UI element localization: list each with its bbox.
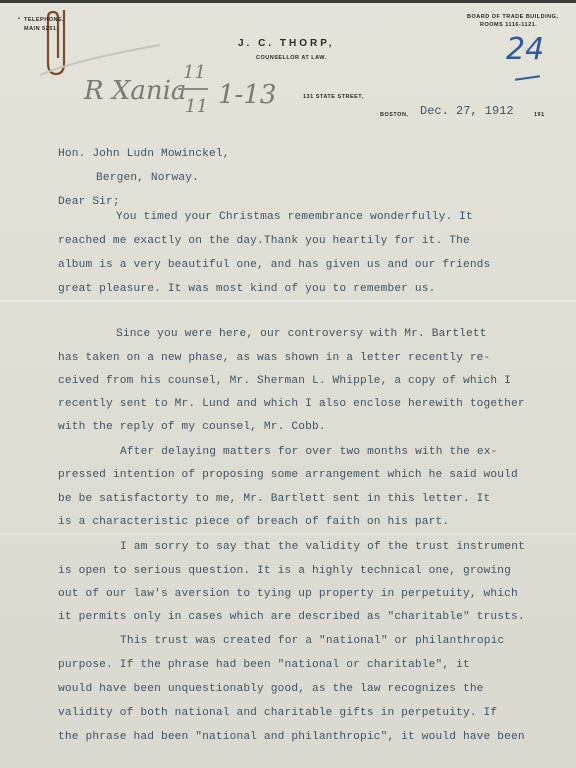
page-number-underline [515,75,540,80]
fold-crease [0,300,576,302]
rooms-number: ROOMS 1116-1121. [480,22,537,28]
handwritten-range: 1-13 [218,80,276,110]
body-line: purpose. If the phrase had been "nationa… [58,659,470,671]
body-line: out of our law's aversion to tying up pr… [58,588,518,600]
salutation: Dear Sir; [58,196,120,208]
body-line: great pleasure. It was most kind of you … [58,283,436,295]
telephone-number: MAIN 5251. [24,26,58,32]
body-line: the phrase had been "national and philan… [58,731,525,743]
building-address: BOARD OF TRADE BUILDING, [467,14,558,20]
city-label: BOSTON, [380,112,408,118]
body-line: This trust was created for a "national" … [120,635,504,647]
recipient-location: Bergen, Norway. [96,172,199,184]
body-line: I am sorry to say that the validity of t… [120,541,525,553]
body-line: is a characteristic piece of breach of f… [58,516,449,528]
body-line: it permits only in cases which are descr… [58,611,525,623]
telephone-label: TELEPHONE, [24,17,64,23]
body-line: has taken on a new phase, as was shown i… [58,352,490,364]
handwritten-reference: R Xania [84,76,186,106]
body-line: be be satisfactorty to me, Mr. Bartlett … [58,493,490,505]
body-line: pressed intention of proposing some arra… [58,469,518,481]
page-top-edge [0,0,576,3]
fold-crease [0,533,576,535]
body-line: Since you were here, our controversy wit… [116,328,487,340]
letter-page: • TELEPHONE, MAIN 5251. J. C. THORP, COU… [0,0,576,768]
body-line: album is a very beautiful one, and has g… [58,259,490,271]
letter-date: Dec. 27, 1912 [420,104,514,118]
year-prefix: 191 [534,112,545,118]
body-line: recently sent to Mr. Lund and which I al… [58,398,525,410]
handwritten-fraction-top: 11 [183,62,206,83]
recipient-name: Hon. John Ludn Mowinckel, [58,148,230,160]
body-line: is open to serious question. It is a hig… [58,565,511,577]
letterhead-title: COUNSELLOR AT LAW. [256,55,327,61]
body-line: You timed your Christmas remembrance won… [116,211,473,223]
bullet-mark: • [18,16,20,22]
body-line: with the reply of my counsel, Mr. Cobb. [58,421,326,433]
letterhead-name: J. C. THORP, [238,38,334,49]
body-line: After delaying matters for over two mont… [120,446,498,458]
handwritten-fraction-bottom: 11 [185,96,208,117]
body-line: would have been unquestionably good, as … [58,683,484,695]
faint-pencil-mark [35,40,165,80]
fraction-line [178,88,208,90]
street-address: 131 STATE STREET, [303,94,364,100]
body-line: reached me exactly on the day.Thank you … [58,235,470,247]
page-number: 24 [506,32,544,67]
body-line: validity of both national and charitable… [58,707,497,719]
body-line: ceived from his counsel, Mr. Sherman L. … [58,375,511,387]
